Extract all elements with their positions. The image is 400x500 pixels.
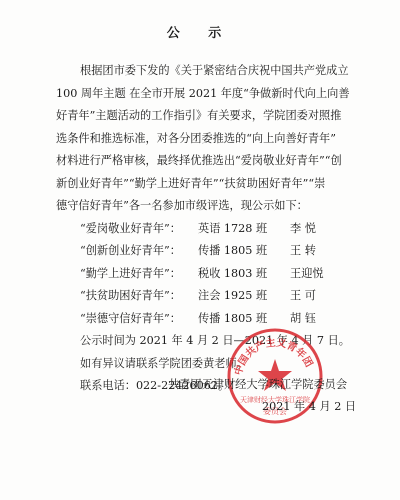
intro-line: 根据团市委下发的《关于紧密结合庆祝中国共产党成立 [56,60,346,83]
awardee-class: 税收 1803 班 [198,263,290,286]
awardee-class: 英语 1728 班 [198,218,290,241]
awardee-item: “扶贫助困好青年”：注会 1925 班王 可 [56,285,346,308]
awardee-item: “爱岗敬业好青年”：英语 1728 班李 悦 [56,218,346,241]
awardee-class: 注会 1925 班 [198,285,290,308]
intro-line: 材料进行严格审核，最终择优推选出“爱岗敬业好青年”“创 [56,150,346,173]
awardee-class: 传播 1805 班 [198,240,290,263]
intro-line: 选条件和推选标准，对各分团委推选的“向上向善好青年” [56,128,346,151]
award-title: “勤学上进好青年”： [80,263,198,286]
issuer-signature: 共青团天津财经大学珠江学院委员会 [168,376,347,392]
page-title: 公 示 [0,22,400,41]
award-title: “爱岗敬业好青年”： [80,218,198,241]
intro-line: 新创业好青年”“勤学上进好青年”“扶贫助困好青年”“崇 [56,173,346,196]
awardee-name: 王 可 [290,285,316,308]
intro-line: 德守信好青年”各一名参加市级评选，现公示如下： [56,195,346,218]
awardee-name: 王迎悦 [290,263,324,286]
award-title: “扶贫助困好青年”： [80,285,198,308]
awardee-name: 王 转 [290,240,316,263]
awardee-name: 李 悦 [290,218,316,241]
award-title: “崇德守信好青年”： [80,308,198,331]
document-page: 公 示 根据团市委下发的《关于紧密结合庆祝中国共产党成立 100 周年主题 在全… [0,0,400,500]
issue-date: 2021 年 4 月 2 日 [262,398,356,414]
awardee-item: “创新创业好青年”：传播 1805 班王 转 [56,240,346,263]
intro-line: 好青年”主题活动的工作指引》有关要求，学院团委对照推 [56,105,346,128]
award-title: “创新创业好青年”： [80,240,198,263]
intro-line: 100 周年主题 在全市开展 2021 年度“争做新时代向上向善 [56,83,346,106]
awardee-item: “勤学上进好青年”：税收 1803 班王迎悦 [56,263,346,286]
